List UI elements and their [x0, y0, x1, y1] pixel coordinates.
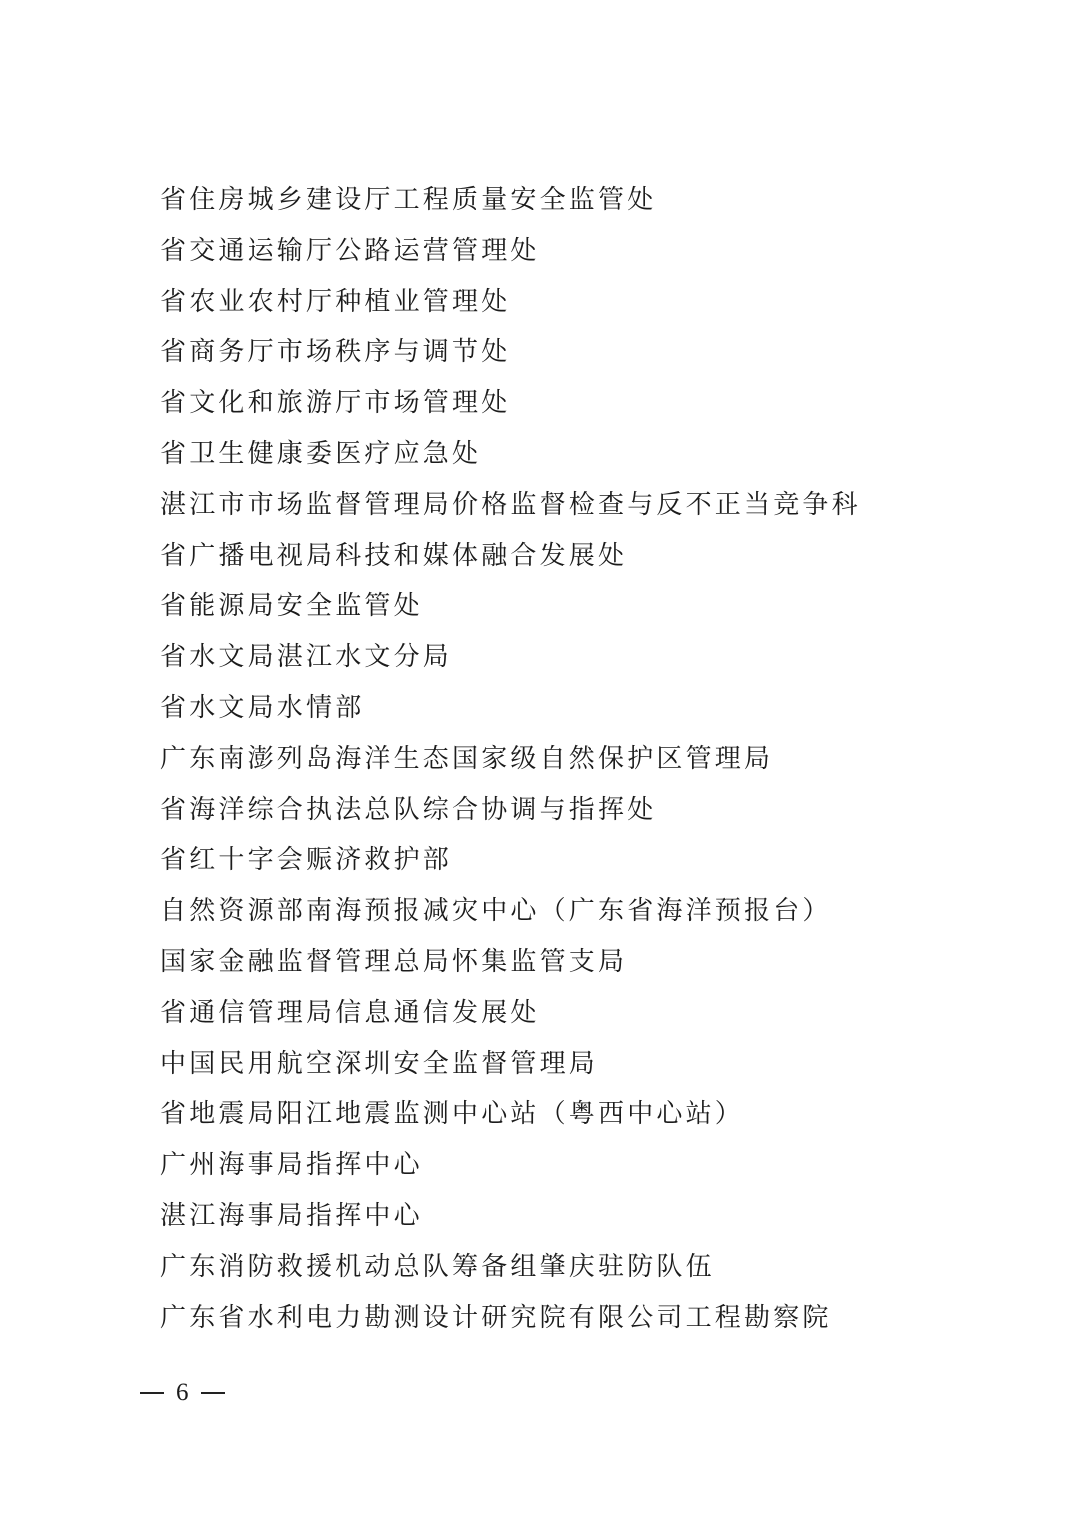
- organization-item: 省水文局湛江水文分局: [160, 632, 861, 683]
- organization-item: 中国民用航空深圳安全监督管理局: [160, 1039, 861, 1090]
- organization-item: 省农业农村厅种植业管理处: [160, 277, 861, 328]
- organization-item: 广州海事局指挥中心: [160, 1140, 861, 1191]
- organization-item: 省通信管理局信息通信发展处: [160, 988, 861, 1039]
- dash-left: [140, 1392, 164, 1394]
- organization-item: 广东南澎列岛海洋生态国家级自然保护区管理局: [160, 734, 861, 785]
- organization-list: 省住房城乡建设厅工程质量安全监管处 省交通运输厅公路运营管理处 省农业农村厅种植…: [160, 175, 861, 1343]
- organization-item: 自然资源部南海预报减灾中心（广东省海洋预报台）: [160, 886, 861, 937]
- organization-item: 省能源局安全监管处: [160, 581, 861, 632]
- organization-item: 广东消防救援机动总队筹备组肇庆驻防队伍: [160, 1242, 861, 1293]
- organization-item: 省红十字会赈济救护部: [160, 835, 861, 886]
- organization-item: 省商务厅市场秩序与调节处: [160, 327, 861, 378]
- organization-item: 省交通运输厅公路运营管理处: [160, 226, 861, 277]
- organization-item: 省住房城乡建设厅工程质量安全监管处: [160, 175, 861, 226]
- organization-item: 湛江市市场监督管理局价格监督检查与反不正当竞争科: [160, 480, 861, 531]
- organization-item: 省卫生健康委医疗应急处: [160, 429, 861, 480]
- page-number-footer: 6: [140, 1376, 225, 1410]
- organization-item: 省地震局阳江地震监测中心站（粤西中心站）: [160, 1089, 861, 1140]
- document-page: 省住房城乡建设厅工程质量安全监管处 省交通运输厅公路运营管理处 省农业农村厅种植…: [0, 0, 1080, 1528]
- organization-item: 国家金融监督管理总局怀集监管支局: [160, 937, 861, 988]
- organization-item: 省海洋综合执法总队综合协调与指挥处: [160, 785, 861, 836]
- organization-item: 省文化和旅游厅市场管理处: [160, 378, 861, 429]
- dash-right: [201, 1392, 225, 1394]
- page-number: 6: [176, 1376, 189, 1410]
- organization-item: 广东省水利电力勘测设计研究院有限公司工程勘察院: [160, 1293, 861, 1344]
- organization-item: 湛江海事局指挥中心: [160, 1191, 861, 1242]
- organization-item: 省水文局水情部: [160, 683, 861, 734]
- organization-item: 省广播电视局科技和媒体融合发展处: [160, 531, 861, 582]
